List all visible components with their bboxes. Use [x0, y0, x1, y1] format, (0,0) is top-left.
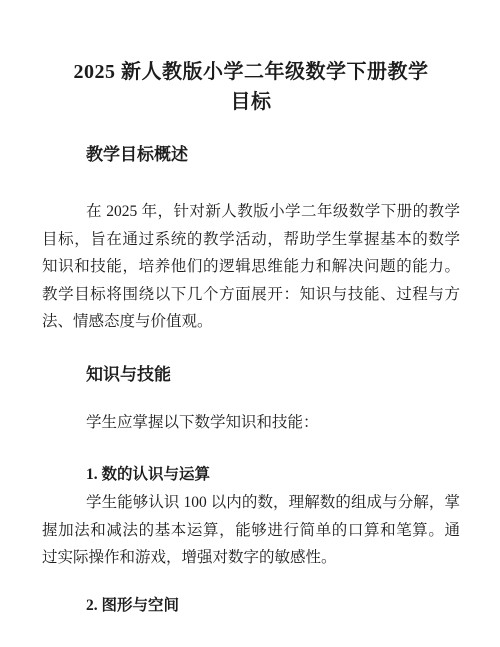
page-title-line2: 目标: [42, 87, 460, 117]
page-title: 2025 新人教版小学二年级数学下册教学 目标: [42, 57, 460, 117]
document-page: 2025 新人教版小学二年级数学下册教学 目标 教学目标概述 在 2025 年，…: [0, 0, 500, 647]
section-heading-overview: 教学目标概述: [42, 142, 460, 168]
item-heading-number-recognition: 1. 数的认识与运算: [42, 462, 460, 488]
knowledge-skills-intro: 学生应掌握以下数学知识和技能：: [42, 409, 460, 437]
item-heading-shapes-space: 2. 图形与空间: [42, 593, 460, 619]
section-heading-knowledge-skills: 知识与技能: [42, 362, 460, 388]
page-title-line1: 2025 新人教版小学二年级数学下册教学: [42, 57, 460, 87]
paragraph-overview: 在 2025 年，针对新人教版小学二年级数学下册的教学目标，旨在通过系统的教学活…: [42, 198, 460, 336]
item-paragraph-number-recognition: 学生能够认识 100 以内的数，理解数的组成与分解，掌握加法和减法的基本运算，能…: [42, 489, 460, 572]
